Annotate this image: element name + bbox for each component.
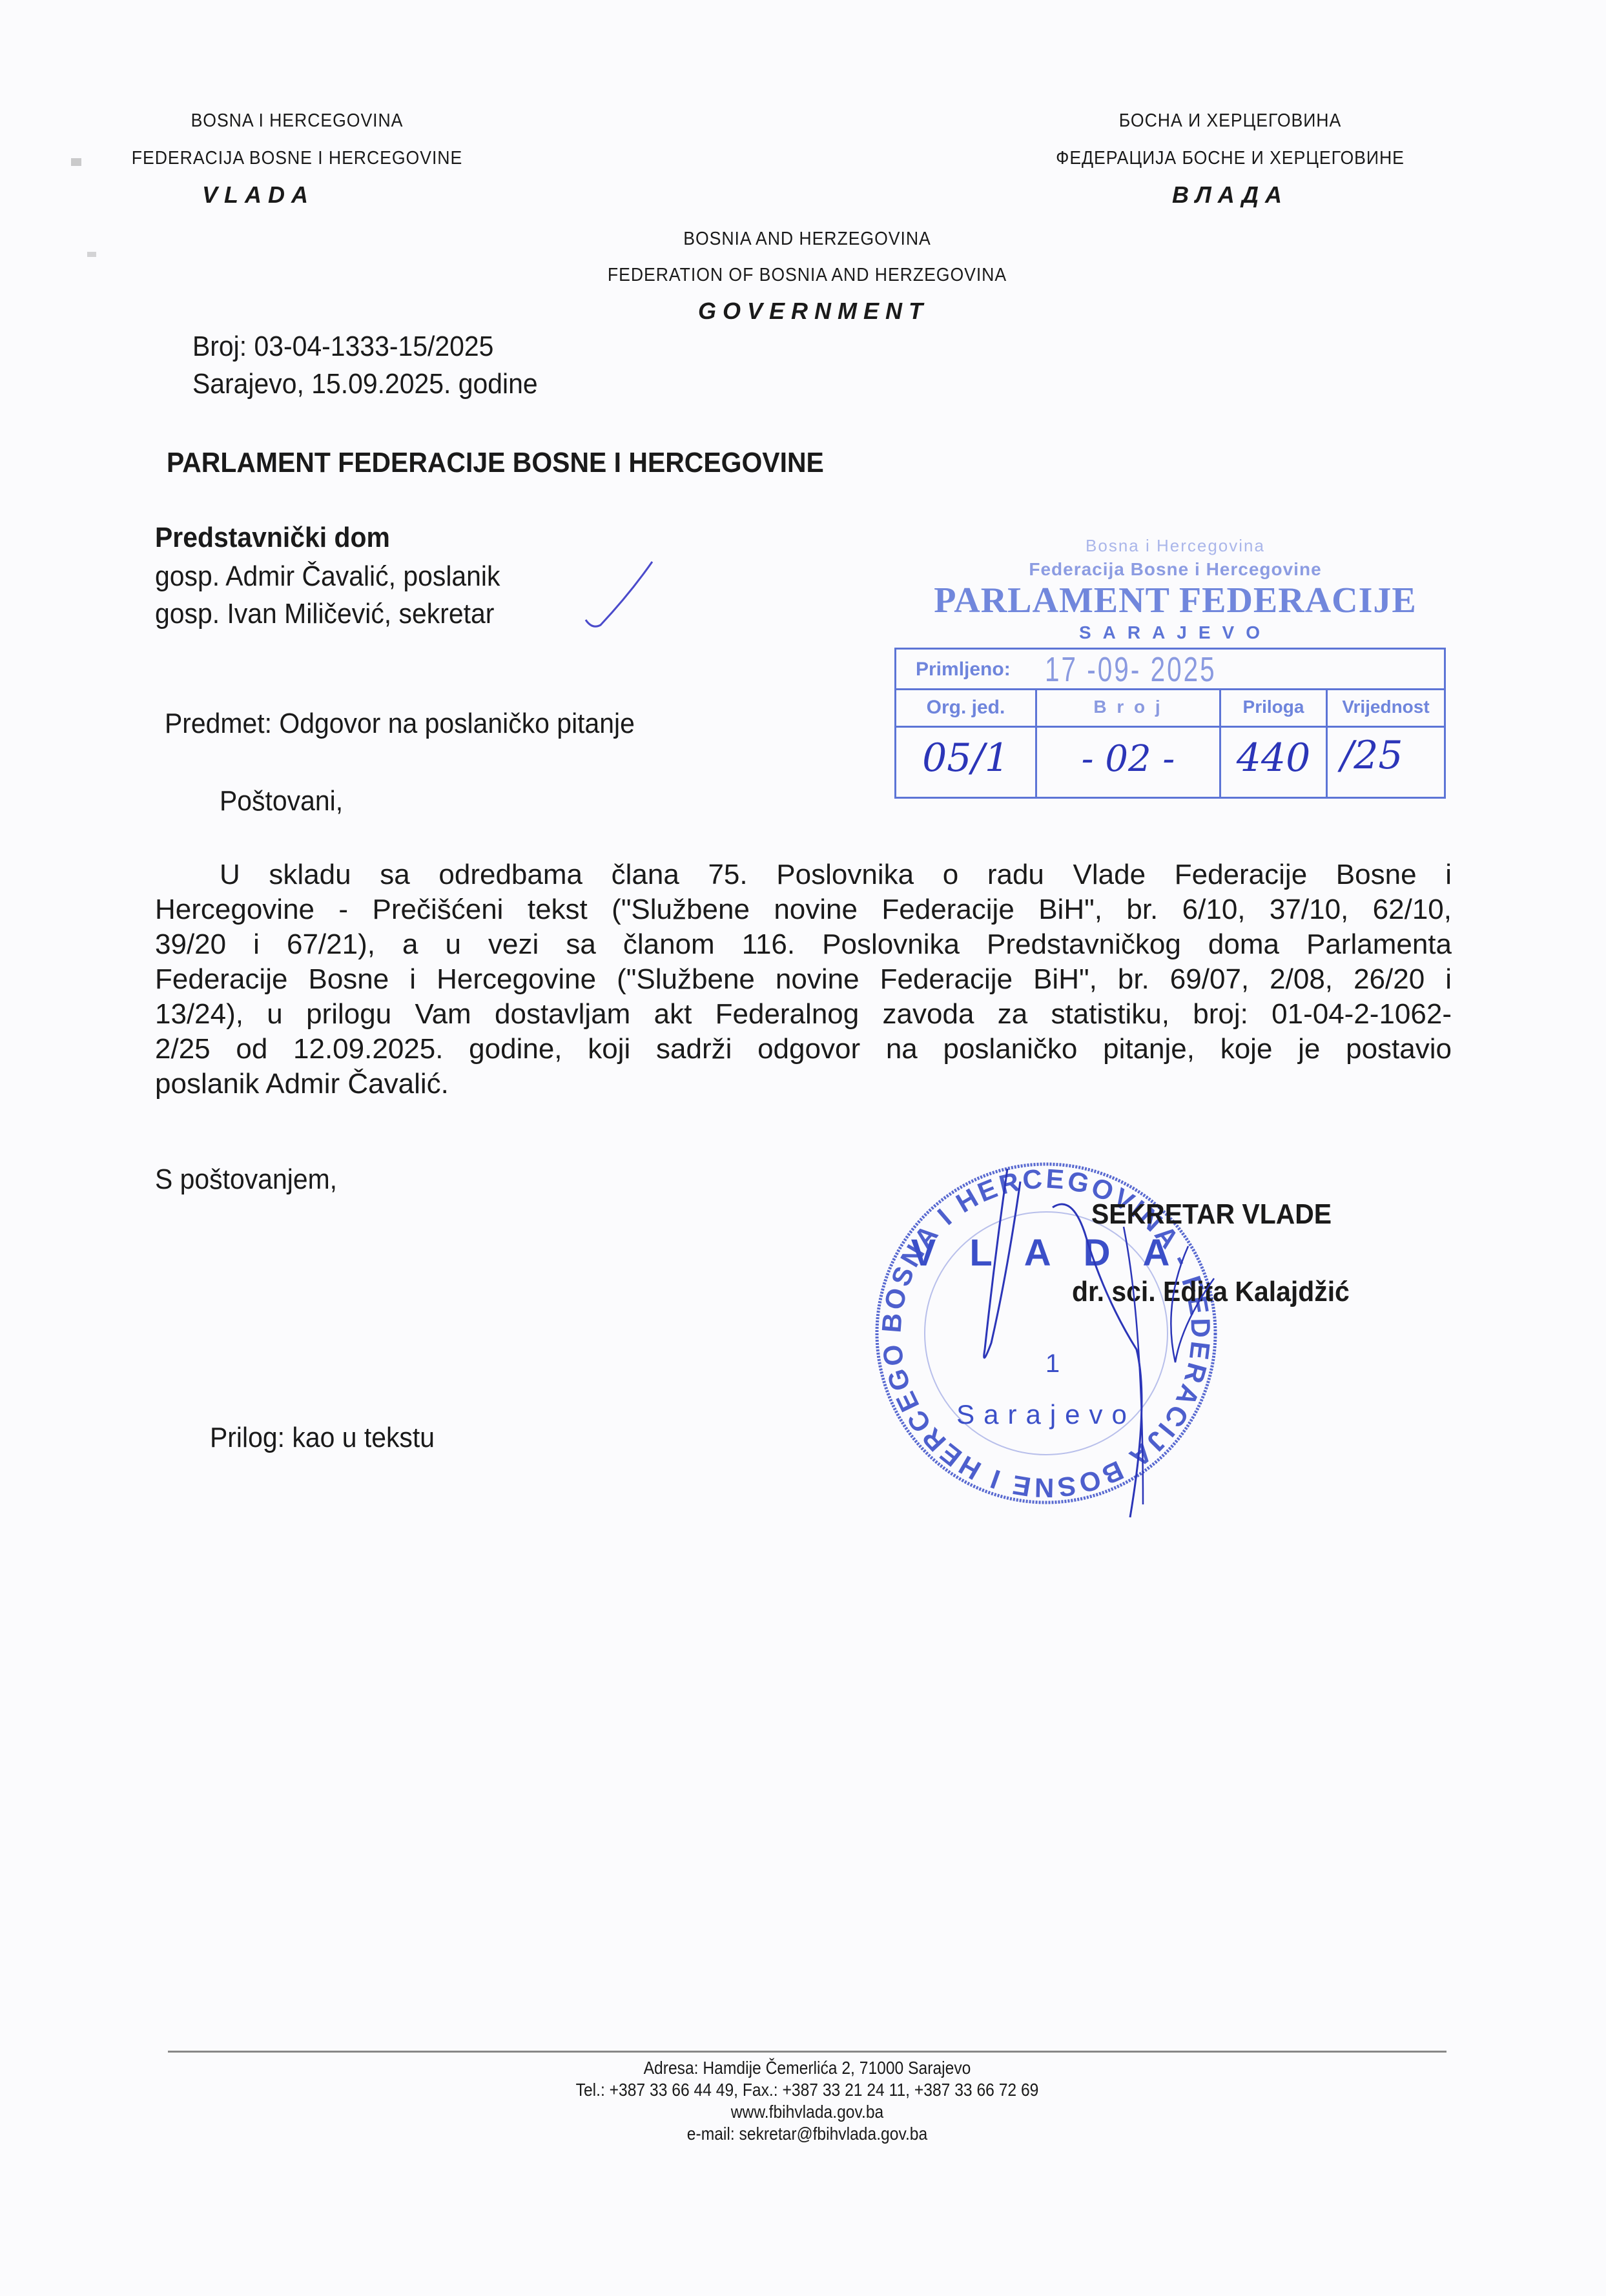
letterhead-right-line1: БОСНА И ХЕРЦЕГОВИНА	[1037, 102, 1423, 139]
stamp-val-vrijednost: /25	[1328, 728, 1444, 778]
stamp-col-vrijednost: Vrijednost	[1328, 690, 1444, 717]
letterhead-right-line2: ФЕДЕРАЦИЈА БОСНЕ И ХЕРЦЕГОВИНЕ	[1037, 139, 1423, 177]
salutation: Poštovani,	[220, 784, 343, 819]
recipient-line2: gosp. Ivan Miličević, sekretar	[155, 597, 494, 631]
stamp-header-row: Org. jed. B r o j Priloga Vrijednost	[896, 690, 1444, 728]
footer-website[interactable]: www.fbihvlada.gov.ba	[460, 2101, 1154, 2123]
stamp-line2: Federacija Bosne i Hercegovine	[891, 559, 1459, 580]
footer-divider	[168, 2051, 1446, 2053]
footer-email[interactable]: e-mail: sekretar@fbihvlada.gov.ba	[460, 2123, 1154, 2145]
stamp-col-priloga: Priloga	[1221, 690, 1326, 717]
stamp-val-broj: - 02 -	[1037, 728, 1219, 780]
body-line: poslanik Admir Čavalić.	[155, 1067, 1452, 1102]
body-line: U skladu sa odredbama člana 75. Poslovni…	[155, 857, 1452, 892]
footer-address: Adresa: Hamdije Čemerlića 2, 71000 Saraj…	[460, 2057, 1154, 2079]
stamp-received-date: 17 -09- 2025	[1045, 650, 1217, 690]
body-line: Federacije Bosne i Hercegovine ("Služben…	[155, 962, 1452, 997]
letterhead-right-vlada: ВЛАДА	[1020, 177, 1440, 213]
recipient-institution: PARLAMENT FEDERACIJE BOSNE I HERCEGOVINE	[167, 446, 824, 480]
scan-mark	[71, 158, 81, 166]
body-line: 13/24), u prilogu Vam dostavljam akt Fed…	[155, 997, 1452, 1032]
subject-line: Predmet: Odgovor na poslaničko pitanje	[165, 706, 635, 741]
closing: S poštovanjem,	[155, 1162, 337, 1197]
letterhead-left-line1: BOSNA I HERCEGOVINA	[119, 102, 475, 139]
reference-place-date: Sarajevo, 15.09.2025. godine	[192, 367, 538, 402]
letterhead-left: BOSNA I HERCEGOVINA FEDERACIJA BOSNE I H…	[103, 102, 491, 213]
letterhead-center-line1: BOSNIA AND HERZEGOVINA	[551, 221, 1062, 257]
scan-mark	[87, 252, 96, 257]
body-line: Hercegovine - Prečišćeni tekst ("Služben…	[155, 892, 1452, 927]
attachment-note: Prilog: kao u tekstu	[210, 1420, 435, 1455]
stamp-value-row: 05/1 - 02 - 440 /25	[896, 728, 1444, 797]
stamp-received-row: Primljeno: 17 -09- 2025	[896, 650, 1444, 690]
stamp-val-priloga: 440	[1221, 728, 1326, 781]
footer-phone: Tel.: +387 33 66 44 49, Fax.: +387 33 21…	[460, 2079, 1154, 2101]
letterhead-center: BOSNIA AND HERZEGOVINA FEDERATION OF BOS…	[530, 221, 1085, 329]
stamp-line3: PARLAMENT FEDERACIJE	[891, 580, 1459, 621]
stamp-line1: Bosna i Hercegovina	[891, 536, 1459, 556]
letterhead-center-government: GOVERNMENT	[542, 293, 1085, 329]
handwritten-signature	[956, 1156, 1279, 1543]
recipient-house: Predstavnički dom	[155, 520, 390, 555]
received-stamp: Bosna i Hercegovina Federacija Bosne i H…	[891, 529, 1459, 801]
letterhead-left-line2: FEDERACIJA BOSNE I HERCEGOVINE	[119, 139, 475, 177]
stamp-table: Primljeno: 17 -09- 2025 Org. jed. B r o …	[894, 648, 1446, 799]
checkmark-icon	[578, 555, 662, 639]
letterhead-center-line2: FEDERATION OF BOSNIA AND HERZEGOVINA	[551, 257, 1062, 293]
letterhead-left-vlada: VLADA	[26, 177, 491, 213]
letterhead-right: БОСНА И ХЕРЦЕГОВИНА ФЕДЕРАЦИЈА БОСНЕ И Х…	[1020, 102, 1440, 213]
stamp-received-label: Primljeno:	[916, 659, 1011, 681]
stamp-col-org: Org. jed.	[896, 690, 1035, 719]
stamp-line4: SARAJEVO	[891, 622, 1459, 643]
stamp-val-org: 05/1	[896, 728, 1035, 781]
recipient-line1: gosp. Admir Čavalić, poslanik	[155, 559, 500, 594]
footer: Adresa: Hamdije Čemerlića 2, 71000 Saraj…	[413, 2057, 1201, 2145]
body-line: 39/20 i 67/21), a u vezi sa članom 116. …	[155, 927, 1452, 962]
stamp-col-broj: B r o j	[1037, 690, 1219, 717]
body-paragraph: U skladu sa odredbama člana 75. Poslovni…	[155, 857, 1452, 1102]
reference-number: Broj: 03-04-1333-15/2025	[192, 329, 493, 364]
body-line: 2/25 od 12.09.2025. godine, koji sadrži …	[155, 1032, 1452, 1067]
